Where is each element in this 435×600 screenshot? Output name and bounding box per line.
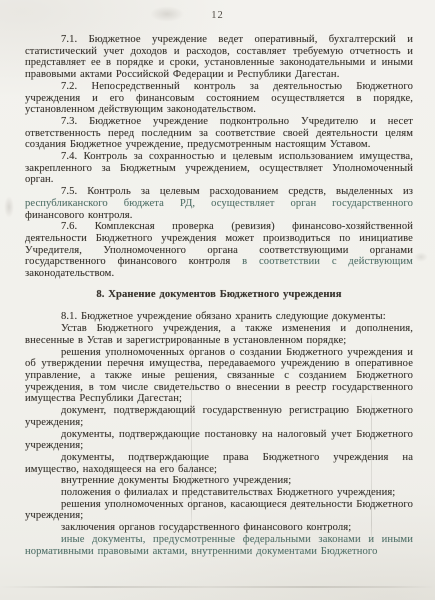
scan-artifact-line — [0, 586, 435, 588]
paragraph: 7.3. Бюджетное учреждение подконтрольно … — [25, 116, 413, 151]
tinted-text-run: в соответствии с действующим — [242, 256, 413, 267]
text-run: документы, подтверждающие постановку на … — [25, 429, 413, 452]
document-body: 7.1. Бюджетное учреждение ведет оператив… — [25, 34, 413, 557]
paragraph: 7.2. Непосредственный контроль за деятел… — [25, 81, 413, 116]
paragraph: 7.6. Комплексная проверка (ревизия) фина… — [25, 221, 413, 280]
text-run: внутренние документы Бюджетного учрежден… — [61, 475, 291, 486]
text-run: 7.5. Контроль за целевым расходованием с… — [61, 186, 413, 197]
text-run: 7.1. Бюджетное учреждение ведет оператив… — [25, 34, 413, 80]
scan-smudge — [414, 252, 428, 262]
text-run: 7.4. Контроль за сохранностью и целевым … — [25, 151, 413, 185]
page-number: 12 — [0, 10, 435, 21]
tinted-text-run: республиканского бюджета РД, осуществляе… — [25, 198, 413, 209]
paragraph: заключения органов государственного фина… — [25, 522, 413, 534]
text-run: решения уполномоченных органов о создани… — [25, 347, 413, 405]
tinted-text-run: иные документы, предусмотренные федераль… — [25, 534, 413, 557]
fold-line-left — [191, 322, 192, 534]
paragraph: положения о филиалах и представительства… — [25, 487, 413, 499]
text-run: положения о филиалах и представительства… — [61, 487, 395, 498]
text-run: 7.2. Непосредственный контроль за деятел… — [25, 81, 413, 115]
paragraph: решения уполномоченных органов о создани… — [25, 347, 413, 406]
paragraph: Устав Бюджетного учреждения, а также изм… — [25, 323, 413, 346]
paragraph: 7.4. Контроль за сохранностью и целевым … — [25, 151, 413, 186]
paragraph: документ, подтверждающий государственную… — [25, 405, 413, 428]
text-run: документ, подтверждающий государственную… — [25, 405, 413, 428]
text-run: законодательством. — [25, 268, 114, 279]
paragraph: 7.1. Бюджетное учреждение ведет оператив… — [25, 34, 413, 81]
text-run: решения уполномоченных органов, касающие… — [25, 499, 413, 522]
paragraph: документы, подтверждающие права Бюджетно… — [25, 452, 413, 475]
scan-smudge — [4, 196, 14, 218]
text-run: 7.3. Бюджетное учреждение подконтрольно … — [25, 116, 413, 150]
section-heading: 8. Хранение документов Бюджетного учрежд… — [25, 289, 413, 301]
text-run: 8. Хранение документов Бюджетного учрежд… — [96, 289, 341, 300]
paragraph: документы, подтверждающие постановку на … — [25, 429, 413, 452]
document-page: 12 7.1. Бюджетное учреждение ведет опера… — [0, 0, 435, 600]
text-run: документы, подтверждающие права Бюджетно… — [25, 452, 413, 475]
paragraph: 7.5. Контроль за целевым расходованием с… — [25, 186, 413, 221]
paragraph: 8.1. Бюджетное учреждение обязано хранит… — [25, 311, 413, 323]
text-run: 8.1. Бюджетное учреждение обязано хранит… — [61, 311, 386, 322]
text-run: заключения органов государственного фина… — [61, 522, 351, 533]
fold-line-right — [371, 392, 372, 548]
paragraph: решения уполномоченных органов, касающие… — [25, 499, 413, 522]
paragraph: внутренние документы Бюджетного учрежден… — [25, 475, 413, 487]
paragraph: иные документы, предусмотренные федераль… — [25, 534, 413, 557]
text-run: Устав Бюджетного учреждения, а также изм… — [25, 323, 413, 346]
text-run: финансового контроля. — [25, 210, 133, 221]
